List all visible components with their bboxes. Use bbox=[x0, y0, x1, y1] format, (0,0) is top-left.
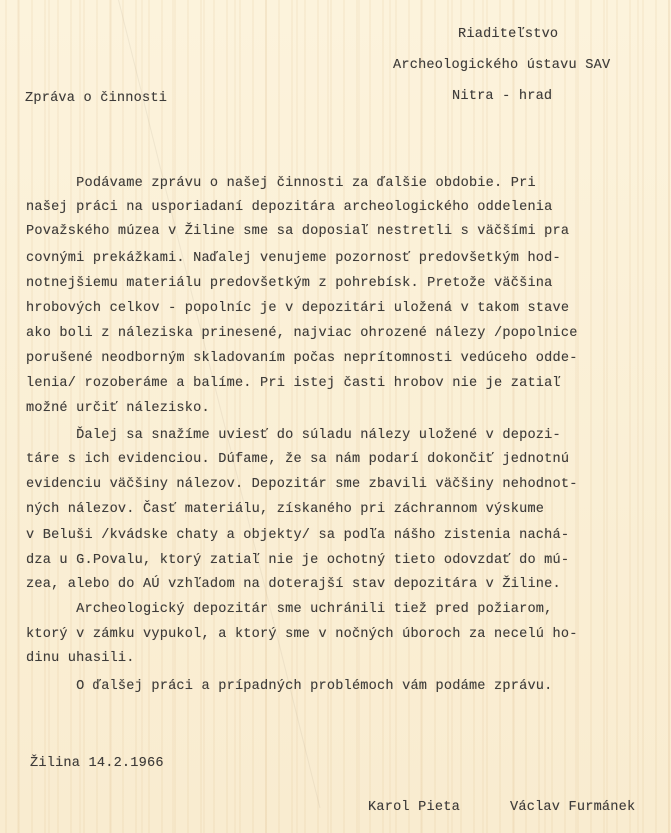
body-line: našej práci na usporiadaní depozitára ar… bbox=[26, 200, 553, 215]
body-line: ktorý v zámku vypukol, a ktorý sme v noč… bbox=[26, 627, 578, 642]
body-line: ako boli z náleziska prinesené, najviac … bbox=[26, 326, 578, 341]
body-line: Podávame zprávu o našej činnosti za ďalš… bbox=[26, 176, 536, 191]
recipient-line-2: Archeologického ústavu SAV bbox=[393, 58, 610, 73]
body-line: O ďalšej práci a prípadných problémoch v… bbox=[26, 679, 553, 694]
body-line: možné určiť nálezisko. bbox=[26, 401, 210, 416]
body-line: dinu uhasili. bbox=[26, 651, 135, 666]
body-line: táre s ich evidenciou. Dúfame, že sa nám… bbox=[26, 452, 569, 467]
signatory-1: Karol Pieta bbox=[368, 800, 460, 815]
body-line: Považského múzea v Žiline sme sa doposia… bbox=[26, 224, 569, 239]
body-line: ných nálezov. Časť materiálu, získaného … bbox=[26, 502, 544, 517]
place-date: Žilina 14.2.1966 bbox=[30, 756, 164, 771]
body-line: Archeologický depozitár sme uchránili ti… bbox=[26, 602, 553, 617]
body-line: Ďalej sa snažíme uviesť do súladu nálezy… bbox=[26, 428, 561, 443]
body-line: v Beluši /kvádske chaty a objekty/ sa po… bbox=[26, 528, 569, 543]
body-line: dza u G.Povalu, ktorý zatiaľ nie je ocho… bbox=[26, 553, 569, 568]
body-line: lenia/ rozoberáme a balíme. Pri istej ča… bbox=[26, 376, 561, 391]
body-line: porušené neodborným skladovaním počas ne… bbox=[26, 351, 578, 366]
recipient-line-1: Riaditeľstvo bbox=[458, 27, 558, 42]
body-line: covnými prekážkami. Naďalej venujeme poz… bbox=[26, 251, 561, 266]
body-line: evidenciu väčšiny nálezov. Depozitár sme… bbox=[26, 477, 578, 492]
body-line: zea, alebo do AÚ vzhľadom na doterajší s… bbox=[26, 577, 561, 592]
body-line: notnejšiemu materiálu predovšetkým z poh… bbox=[26, 276, 553, 291]
signatory-2: Václav Furmánek bbox=[510, 800, 635, 815]
subject-heading: Zpráva o činnosti bbox=[25, 91, 167, 106]
recipient-line-3: Nitra - hrad bbox=[452, 89, 552, 104]
body-line: hrobových celkov - popolníc je v depozit… bbox=[26, 301, 569, 316]
